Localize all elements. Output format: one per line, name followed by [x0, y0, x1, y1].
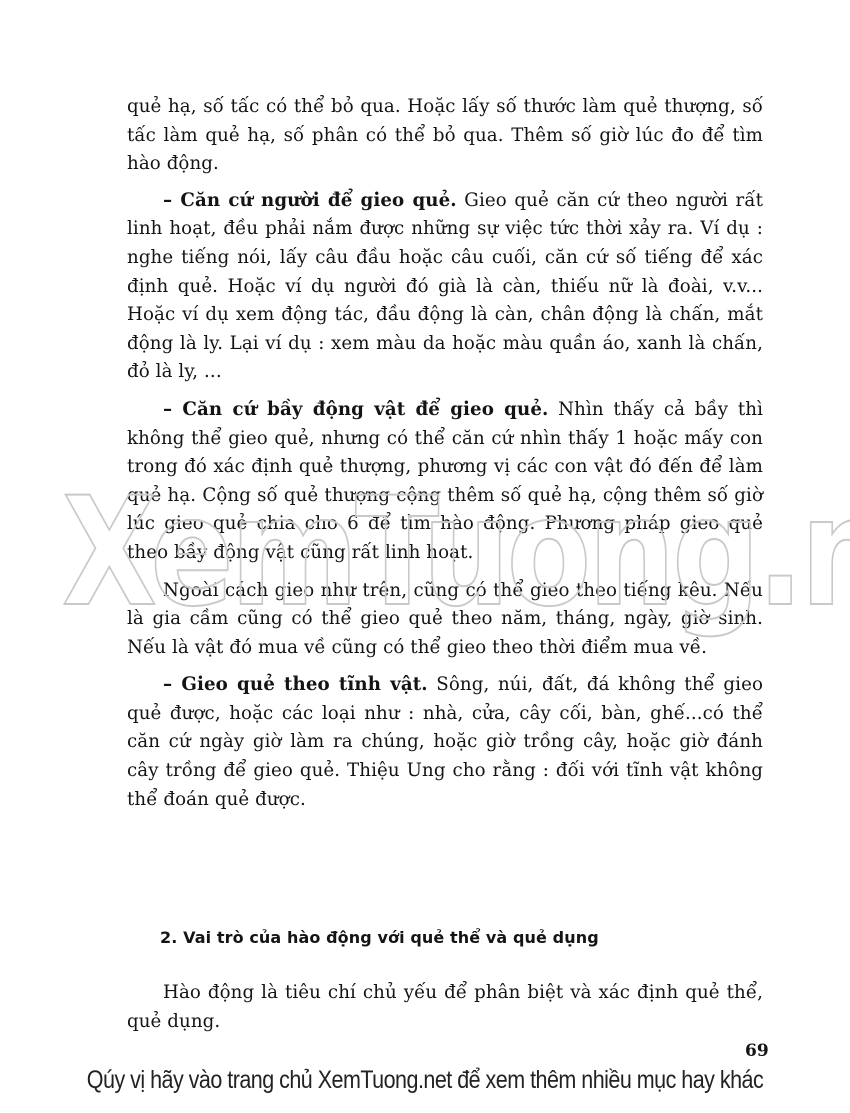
paragraph-2-text: Gieo quẻ căn cứ theo người rất linh hoạt…	[127, 190, 763, 383]
paragraph-1: quẻ hạ, số tấc có thể bỏ qua. Hoặc lấy s…	[127, 93, 763, 179]
paragraph-2-lead: – Căn cứ người để gieo quẻ.	[163, 190, 457, 211]
body-text-upper: quẻ hạ, số tấc có thể bỏ qua. Hoặc lấy s…	[127, 93, 763, 814]
paragraph-4: Ngoài cách gieo như trên, cũng có thể gi…	[127, 577, 763, 663]
page-number: 69	[745, 1041, 769, 1061]
section-heading: 2. Vai trò của hào động với quẻ thể và q…	[160, 928, 599, 947]
closing-paragraph: Hào động là tiêu chí chủ yếu để phân biệ…	[127, 979, 763, 1036]
footer-banner: Qúy vị hãy vào trang chủ XemTuong.net để…	[60, 1066, 791, 1095]
paragraph-4-text: Ngoài cách gieo như trên, cũng có thể gi…	[127, 580, 763, 658]
paragraph-3-text: Nhìn thấy cả bầy thì không thể gieo quẻ,…	[127, 399, 763, 563]
paragraph-5-lead: – Gieo quẻ theo tĩnh vật.	[163, 674, 428, 695]
paragraph-3: – Căn cứ bầy động vật để gieo quẻ. Nhìn …	[127, 396, 763, 568]
body-text-lower: Hào động là tiêu chí chủ yếu để phân biệ…	[127, 979, 763, 1036]
paragraph-1-text: quẻ hạ, số tấc có thể bỏ qua. Hoặc lấy s…	[127, 96, 763, 174]
paragraph-2: – Căn cứ người để gieo quẻ. Gieo quẻ căn…	[127, 187, 763, 387]
paragraph-5: – Gieo quẻ theo tĩnh vật. Sông, núi, đất…	[127, 671, 763, 814]
book-page: quẻ hạ, số tấc có thể bỏ qua. Hoặc lấy s…	[0, 0, 850, 1113]
paragraph-3-lead: – Căn cứ bầy động vật để gieo quẻ.	[163, 399, 548, 420]
